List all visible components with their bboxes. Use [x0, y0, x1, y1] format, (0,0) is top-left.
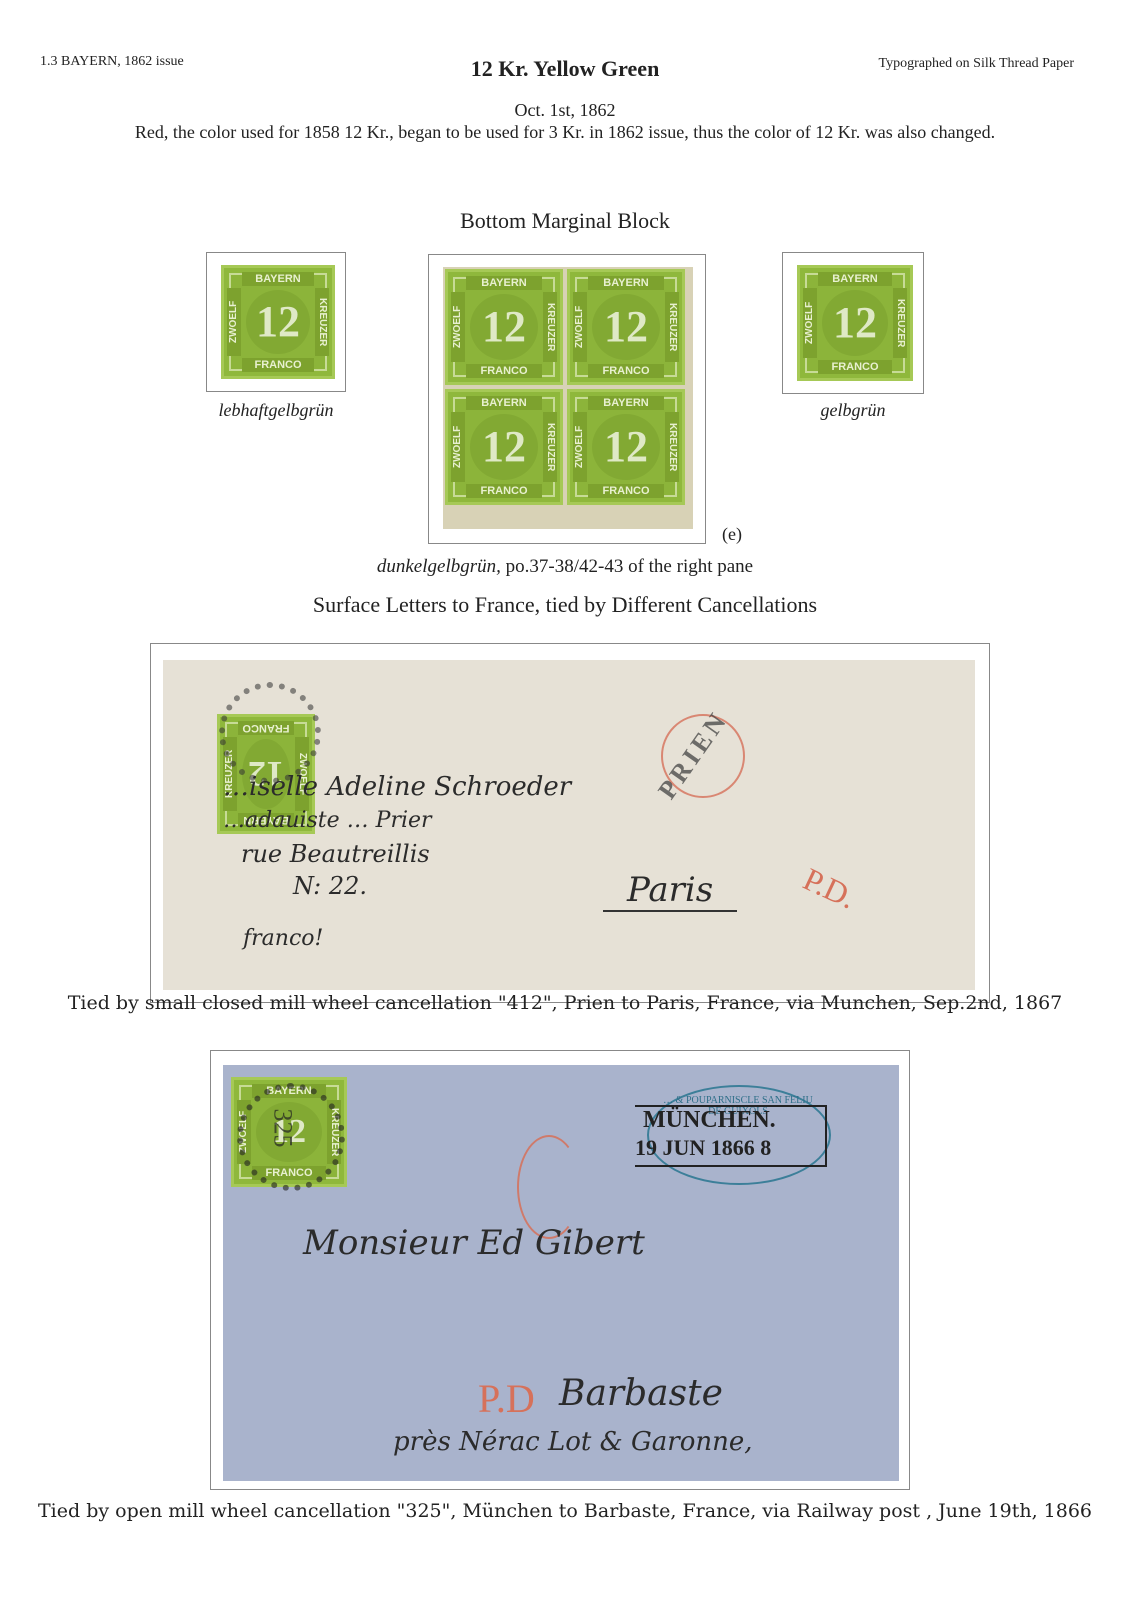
- pd-red-mark: P.D.: [798, 860, 862, 916]
- stamp: 12 BAYERN FRANCO ZWOELF KREUZER: [221, 265, 335, 379]
- franco-note: franco!: [243, 926, 323, 951]
- marginal-block-frame: 12 BAYERN FRANCO ZWOELF KREUZER 12 BAYER…: [428, 254, 706, 544]
- stamp-bottom-label: FRANCO: [466, 364, 542, 378]
- covers-section-heading: Surface Letters to France, tied by Diffe…: [0, 592, 1130, 618]
- cancel-number: 325: [268, 1109, 298, 1148]
- munchen-postmark-line1: MÜNCHEN.: [643, 1107, 776, 1134]
- stamp-bottom-label: FRANCO: [588, 364, 664, 378]
- stamp-right-label: KREUZER: [543, 292, 557, 362]
- stamp-bottom-label: FRANCO: [242, 358, 314, 372]
- stamp-bottom-label: FRANCO: [466, 484, 542, 498]
- address-name: Monsieur Ed Gibert: [303, 1223, 645, 1263]
- single-stamp-frame-right: 12 BAYERN FRANCO ZWOELF KREUZER: [782, 252, 924, 394]
- stamp-left-label: ZWOELF: [451, 412, 465, 482]
- mill-wheel-cancel: [219, 682, 321, 784]
- stamp: 12 BAYERN FRANCO ZWOELF KREUZER: [797, 265, 913, 381]
- stamp-top-label: BAYERN: [588, 396, 664, 410]
- stamp-top-label: BAYERN: [466, 276, 542, 290]
- single-stamp-frame-left: 12 BAYERN FRANCO ZWOELF KREUZER: [206, 252, 346, 392]
- cover-2-envelope: 12 BAYERN FRANCO ZWOELF KREUZER 325 … & …: [223, 1065, 899, 1481]
- stamp-left-label: ZWOELF: [803, 288, 817, 358]
- address-line-3: rue Beautreillis: [241, 840, 430, 868]
- intro-text: Red, the color used for 1858 12 Kr., beg…: [0, 122, 1130, 143]
- address-region: près Nérac Lot & Garonne,: [393, 1427, 753, 1457]
- block-caption-shade: dunkelgelbgrün,: [377, 556, 501, 577]
- stamp-left-label: ZWOELF: [451, 292, 465, 362]
- stamp-left-label: ZWOELF: [573, 412, 587, 482]
- stamp-right-label: KREUZER: [665, 292, 679, 362]
- address-city: Paris: [603, 870, 737, 912]
- stamp: 12 BAYERN FRANCO ZWOELF KREUZER: [445, 389, 563, 505]
- address-town: Barbaste: [559, 1373, 723, 1414]
- address-line-2: …adauiste … Prier: [223, 808, 432, 833]
- cover-2-frame: 12 BAYERN FRANCO ZWOELF KREUZER 325 … & …: [210, 1050, 910, 1490]
- stamp-left-label: ZWOELF: [573, 292, 587, 362]
- munchen-postmark-line2: 19 JUN 1866 8: [635, 1135, 771, 1161]
- block-caption-position: po.37-38/42-43 of the right pane: [501, 556, 753, 577]
- stamp-right-label: KREUZER: [665, 412, 679, 482]
- stamp-top-label: BAYERN: [466, 396, 542, 410]
- stamp-left-label: ZWOELF: [227, 288, 241, 356]
- stamp: 12 BAYERN FRANCO ZWOELF KREUZER: [567, 389, 685, 505]
- stamp-right-label: KREUZER: [315, 288, 329, 356]
- cover-1-envelope: 12 BAYERN FRANCO ZWOELF KREUZER PRIEN …i…: [163, 660, 975, 990]
- stamp-right-label: KREUZER: [893, 288, 907, 358]
- right-stamp-caption: gelbgrün: [782, 400, 924, 421]
- block-caption: dunkelgelbgrün, po.37-38/42-43 of the ri…: [0, 556, 1130, 578]
- stamp-bottom-label: FRANCO: [818, 360, 892, 374]
- stamp: 12 BAYERN FRANCO ZWOELF KREUZER: [445, 269, 563, 385]
- cover-1-frame: 12 BAYERN FRANCO ZWOELF KREUZER PRIEN …i…: [150, 643, 990, 1003]
- block-section-heading: Bottom Marginal Block: [0, 208, 1130, 234]
- block-note: (e): [722, 524, 742, 545]
- stamp-right-label: KREUZER: [543, 412, 557, 482]
- stamp-top-label: BAYERN: [818, 272, 892, 286]
- address-line-4: N: 22.: [293, 872, 367, 900]
- cover-2-caption: Tied by open mill wheel cancellation "32…: [0, 1500, 1130, 1522]
- cover-1-caption: Tied by small closed mill wheel cancella…: [0, 992, 1130, 1014]
- stamp-top-label: BAYERN: [242, 272, 314, 286]
- left-stamp-caption: lebhaftgelbgrün: [206, 400, 346, 421]
- stamp-top-label: BAYERN: [588, 276, 664, 290]
- issue-date: Oct. 1st, 1862: [0, 100, 1130, 121]
- stamp: 12 BAYERN FRANCO ZWOELF KREUZER: [567, 269, 685, 385]
- address-line-1: …iselle Adeline Schroeder: [223, 772, 571, 802]
- pd-red-mark: P.D: [478, 1375, 535, 1422]
- stamp-bottom-label: FRANCO: [588, 484, 664, 498]
- printing-method: Typographed on Silk Thread Paper: [879, 56, 1075, 72]
